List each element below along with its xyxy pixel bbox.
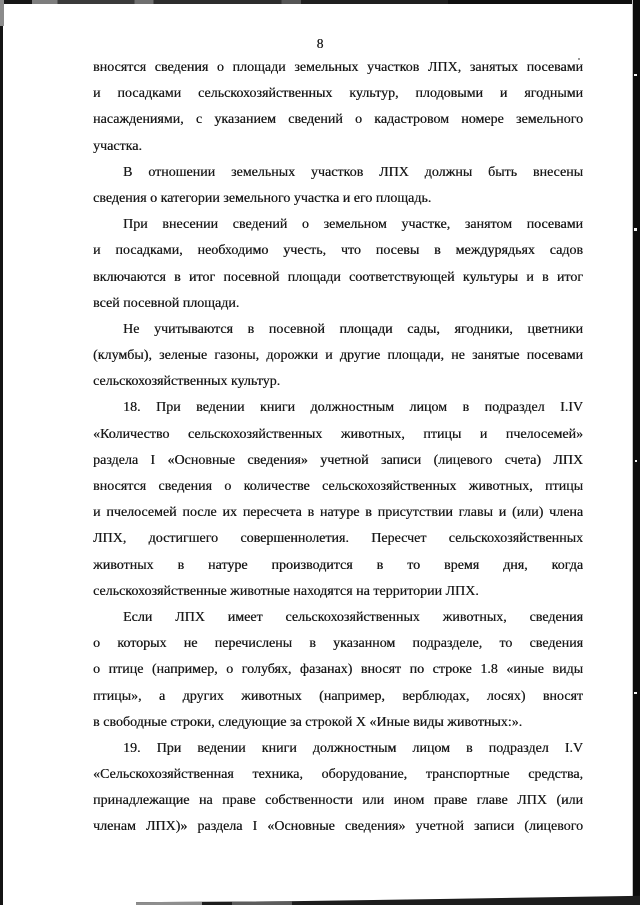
paragraph: 18. При ведении книги должностным лицом … [93, 395, 583, 605]
scan-speck [635, 460, 637, 462]
paragraph: Не учитываются в посевной площади сады, … [93, 317, 583, 396]
text-line: 19. При ведении книги должностным лицом … [93, 736, 583, 762]
scan-artifact-left-edge [0, 0, 3, 905]
page-number: 8 [0, 36, 640, 52]
text-line: принадлежащие на праве собственности или… [93, 788, 583, 814]
text-line: «Количество сельскохозяйственных животны… [93, 422, 583, 448]
text-block: вносятся сведения о площади земельных уч… [93, 55, 583, 841]
document-page: 8 вносятся сведения о площади земельных … [0, 0, 640, 905]
text-line: всей посевной площади. [93, 291, 583, 317]
scan-speck [634, 228, 637, 231]
paragraph: 19. При ведении книги должностным лицом … [93, 736, 583, 841]
text-line: птицы», а других животных (например, вер… [93, 684, 583, 710]
text-line: сельскохозяйственные животные находятся … [93, 579, 583, 605]
text-line: животных в натуре производится в то врем… [93, 553, 583, 579]
scan-artifact-left-top-patch [0, 0, 4, 26]
text-line: и посадками сельскохозяйственных культур… [93, 81, 583, 107]
text-line: участка. [93, 134, 583, 160]
paragraph: При внесении сведений о земельном участк… [93, 212, 583, 317]
text-line: В отношении земельных участков ЛПХ должн… [93, 160, 583, 186]
text-line: сведения о категории земельного участка … [93, 186, 583, 212]
text-line: сельскохозяйственных культур. [93, 369, 583, 395]
scan-artifact-right-edge [633, 0, 640, 905]
text-line: раздела I «Основные сведения» учетной за… [93, 448, 583, 474]
scan-speck [634, 74, 637, 76]
text-line: При внесении сведений о земельном участк… [93, 212, 583, 238]
text-line: и посадками, необходимо учесть, что посе… [93, 238, 583, 264]
scan-artifact-top-edge [0, 0, 640, 4]
scan-speck [634, 692, 637, 694]
text-line: Если ЛПХ имеет сельскохозяйственных живо… [93, 605, 583, 631]
text-line: 18. При ведении книги должностным лицом … [93, 395, 583, 421]
paragraph: В отношении земельных участков ЛПХ должн… [93, 160, 583, 212]
text-line: Не учитываются в посевной площади сады, … [93, 317, 583, 343]
text-line: о которых не перечислены в указанном под… [93, 631, 583, 657]
text-line: насаждениями, с указанием сведений о кад… [93, 107, 583, 133]
text-line: «Сельскохозяйственная техника, оборудова… [93, 762, 583, 788]
text-line: (клумбы), зеленые газоны, дорожки и друг… [93, 343, 583, 369]
text-line: и пчелосемей после их пересчета в натуре… [93, 500, 583, 526]
text-line: включаются в итог посевной площади соотв… [93, 265, 583, 291]
text-line: членам ЛПХ)» раздела I «Основные сведени… [93, 814, 583, 840]
text-line: о птице (например, о голубях, фазанах) в… [93, 657, 583, 683]
text-line: вносятся сведения о площади земельных уч… [93, 55, 583, 81]
text-line: вносятся сведения о количестве сельскохо… [93, 474, 583, 500]
paragraph: вносятся сведения о площади земельных уч… [93, 55, 583, 160]
text-line: в свободные строки, следующие за строкой… [93, 710, 583, 736]
paragraph: Если ЛПХ имеет сельскохозяйственных живо… [93, 605, 583, 736]
scan-artifact-bottom-edge [136, 894, 640, 905]
text-line: ЛПХ, достигшего совершеннолетия. Пересче… [93, 526, 583, 552]
